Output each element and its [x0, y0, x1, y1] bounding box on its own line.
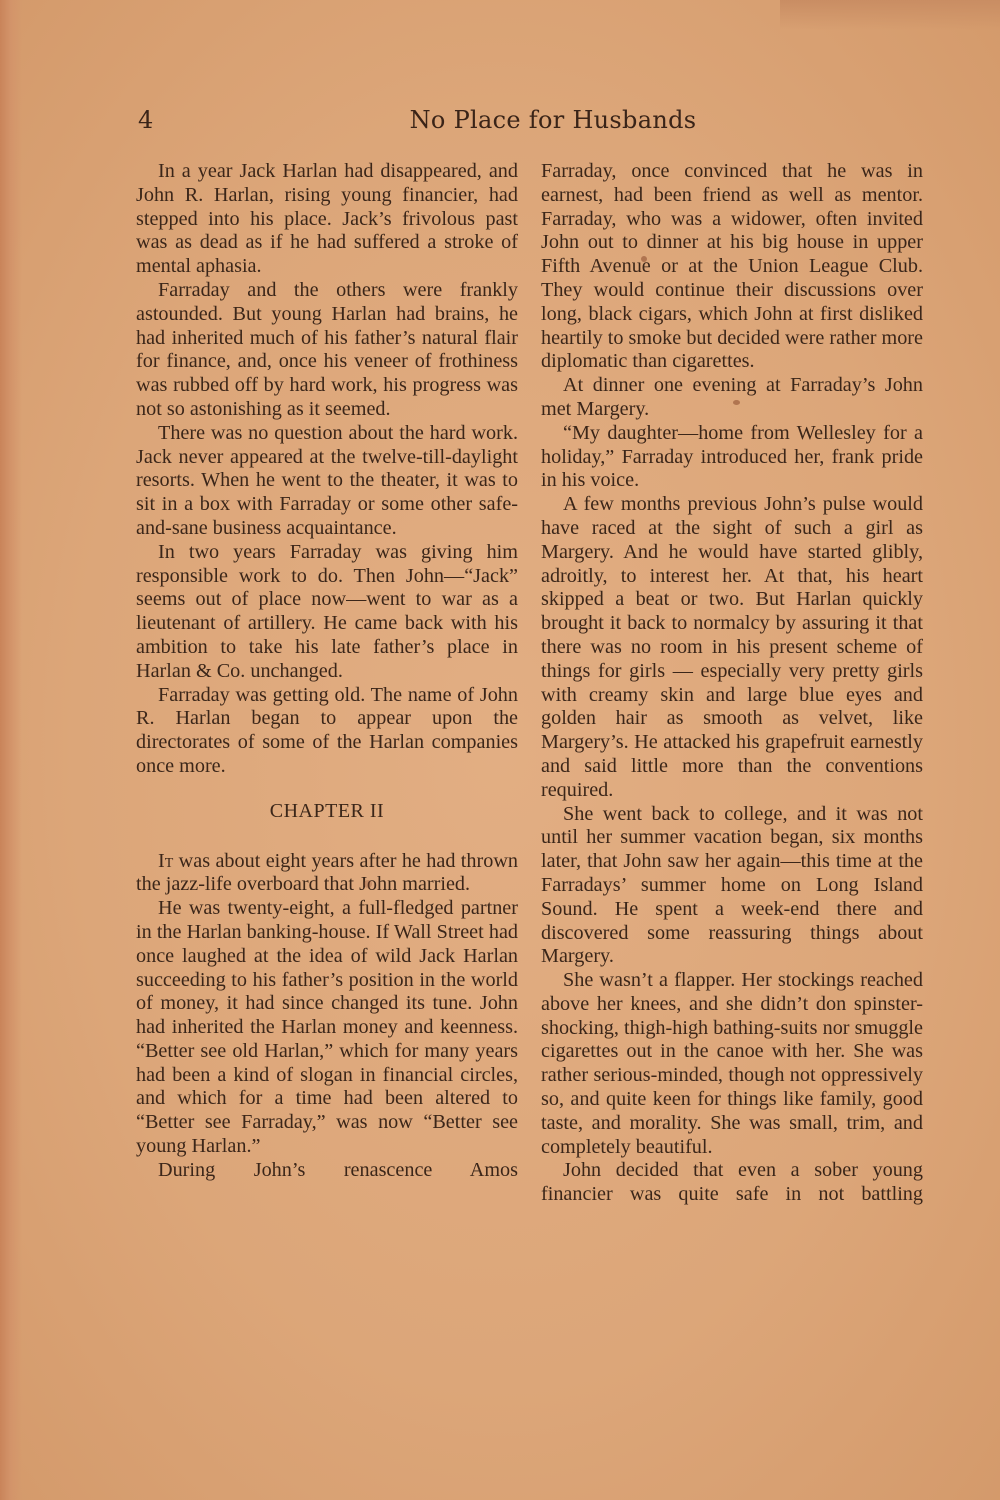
- page-corner-shadow: [780, 0, 1000, 30]
- paragraph: Farraday and the others were frankly ast…: [136, 279, 518, 422]
- paragraph: “My daughter—home from Wellesley for a h…: [541, 422, 923, 493]
- paragraph: Farraday was getting old. The name of Jo…: [136, 684, 518, 779]
- chapter-heading: CHAPTER II: [136, 800, 518, 824]
- right-column: Farraday, once convinced that he was in …: [541, 160, 923, 1207]
- running-title: No Place for Husbands: [138, 106, 928, 134]
- paragraph: In a year Jack Harlan had disappeared, a…: [136, 160, 518, 279]
- chapter-opening-paragraph: It was about eight years after he had th…: [136, 850, 518, 898]
- opening-text: was about eight years after he had throw…: [136, 850, 518, 896]
- paper-speck: [364, 880, 372, 888]
- running-head: 4 No Place for Husbands: [138, 106, 928, 142]
- paragraph: He was twenty-eight, a full-fledged part…: [136, 897, 518, 1159]
- paper-speck: [641, 256, 647, 262]
- paragraph: John decided that even a sober young fin…: [541, 1159, 923, 1207]
- paragraph: In two years Farraday was giving him res…: [136, 541, 518, 684]
- paragraph: She wasn’t a flapper. Her stockings reac…: [541, 969, 923, 1159]
- book-page: 4 No Place for Husbands In a year Jack H…: [0, 0, 1000, 1500]
- paper-speck: [733, 400, 740, 405]
- continued-paragraph: Farraday, once convinced that he was in …: [541, 160, 923, 374]
- paragraph: There was no question about the hard wor…: [136, 422, 518, 541]
- paragraph: During John’s renascence Amos: [136, 1159, 518, 1183]
- paragraph: A few months previous John’s pulse would…: [541, 493, 923, 802]
- opening-small-caps-word: It: [158, 850, 173, 872]
- paragraph: At dinner one evening at Farraday’s John…: [541, 374, 923, 422]
- paragraph: She went back to college, and it was not…: [541, 803, 923, 970]
- page-edge-shadow: [0, 0, 22, 1500]
- left-column: In a year Jack Harlan had disappeared, a…: [136, 160, 518, 1183]
